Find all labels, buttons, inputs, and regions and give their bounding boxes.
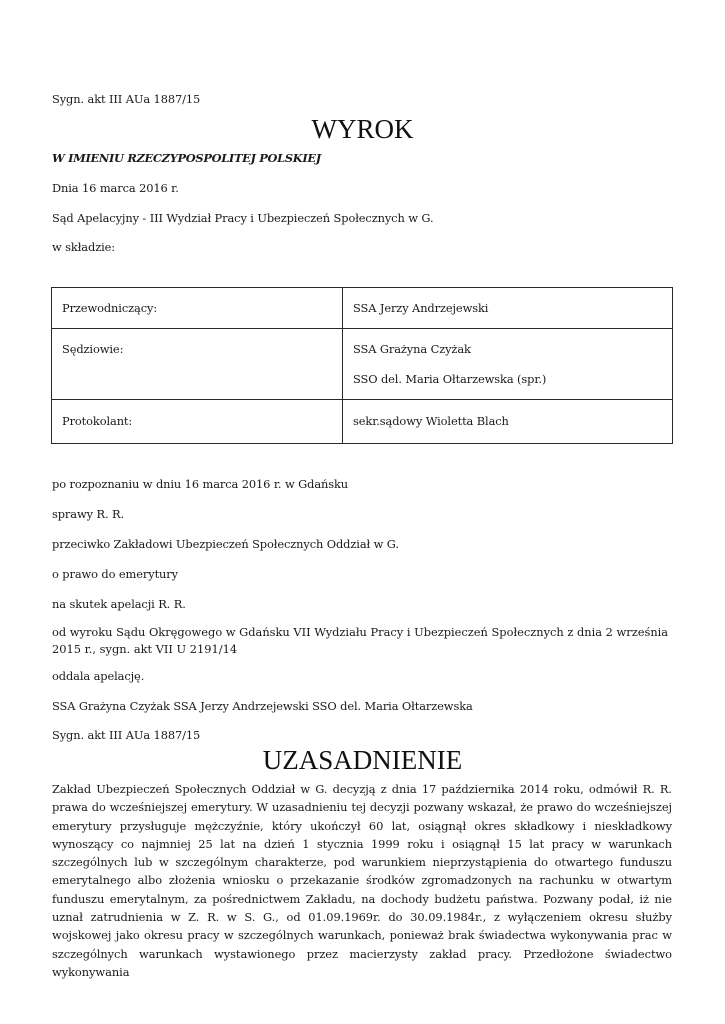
table-row: Przewodniczący: SSA Jerzy Andrzejewski <box>52 288 673 329</box>
verdict-date: Dnia 16 marca 2016 r. <box>52 181 179 195</box>
case-number-footer: Sygn. akt III AUa 1887/15 <box>52 728 200 742</box>
role-label: Protokolant: <box>62 414 332 428</box>
against-line: przeciwko Zakładowi Ubezpieczeń Społeczn… <box>52 537 399 551</box>
role-label: Przewodniczący: <box>62 301 332 315</box>
justification-paragraph: Zakład Ubezpieczeń Społecznych Oddział w… <box>52 780 672 981</box>
justification-title: UZASADNIENIE <box>0 745 725 775</box>
member-name: SSA Grażyna Czyżak <box>353 342 662 356</box>
verdict-title: WYROK <box>0 114 725 144</box>
role-label: Sędziowie: <box>62 342 332 356</box>
in-the-name-of-republic: W IMIENIU RZECZYPOSPOLITEJ POLSKIEJ <box>52 151 321 165</box>
members-cell: SSA Jerzy Andrzejewski <box>343 288 673 329</box>
from-judgment-line: od wyroku Sądu Okręgowego w Gdańsku VII … <box>52 624 682 658</box>
table-row: Protokolant: sekr.sądowy Wioletta Blach <box>52 400 673 444</box>
member-name: SSO del. Maria Ołtarzewska (spr.) <box>353 372 662 386</box>
hearing-line: po rozpoznaniu w dniu 16 marca 2016 r. w… <box>52 477 348 491</box>
members-cell: SSA Grażyna Czyżak SSO del. Maria Ołtarz… <box>343 329 673 400</box>
court-name: Sąd Apelacyjny - III Wydział Pracy i Ube… <box>52 211 434 225</box>
signatures-line: SSA Grażyna Czyżak SSA Jerzy Andrzejewsk… <box>52 699 473 713</box>
role-cell: Protokolant: <box>52 400 343 444</box>
table-row: Sędziowie: SSA Grażyna Czyżak SSO del. M… <box>52 329 673 400</box>
members-cell: sekr.sądowy Wioletta Blach <box>343 400 673 444</box>
case-number-header: Sygn. akt III AUa 1887/15 <box>52 92 200 106</box>
document-page: Sygn. akt III AUa 1887/15 WYROK W IMIENI… <box>0 0 725 1024</box>
role-cell: Przewodniczący: <box>52 288 343 329</box>
subject-line: o prawo do emerytury <box>52 567 178 581</box>
ruling-line: oddala apelację. <box>52 669 144 683</box>
court-composition-table: Przewodniczący: SSA Jerzy Andrzejewski S… <box>51 287 673 444</box>
member-name: SSA Jerzy Andrzejewski <box>353 301 662 315</box>
appeal-line: na skutek apelacji R. R. <box>52 597 186 611</box>
case-of-line: sprawy R. R. <box>52 507 124 521</box>
member-name: sekr.sądowy Wioletta Blach <box>353 414 662 428</box>
role-cell: Sędziowie: <box>52 329 343 400</box>
composition-intro: w składzie: <box>52 240 115 254</box>
